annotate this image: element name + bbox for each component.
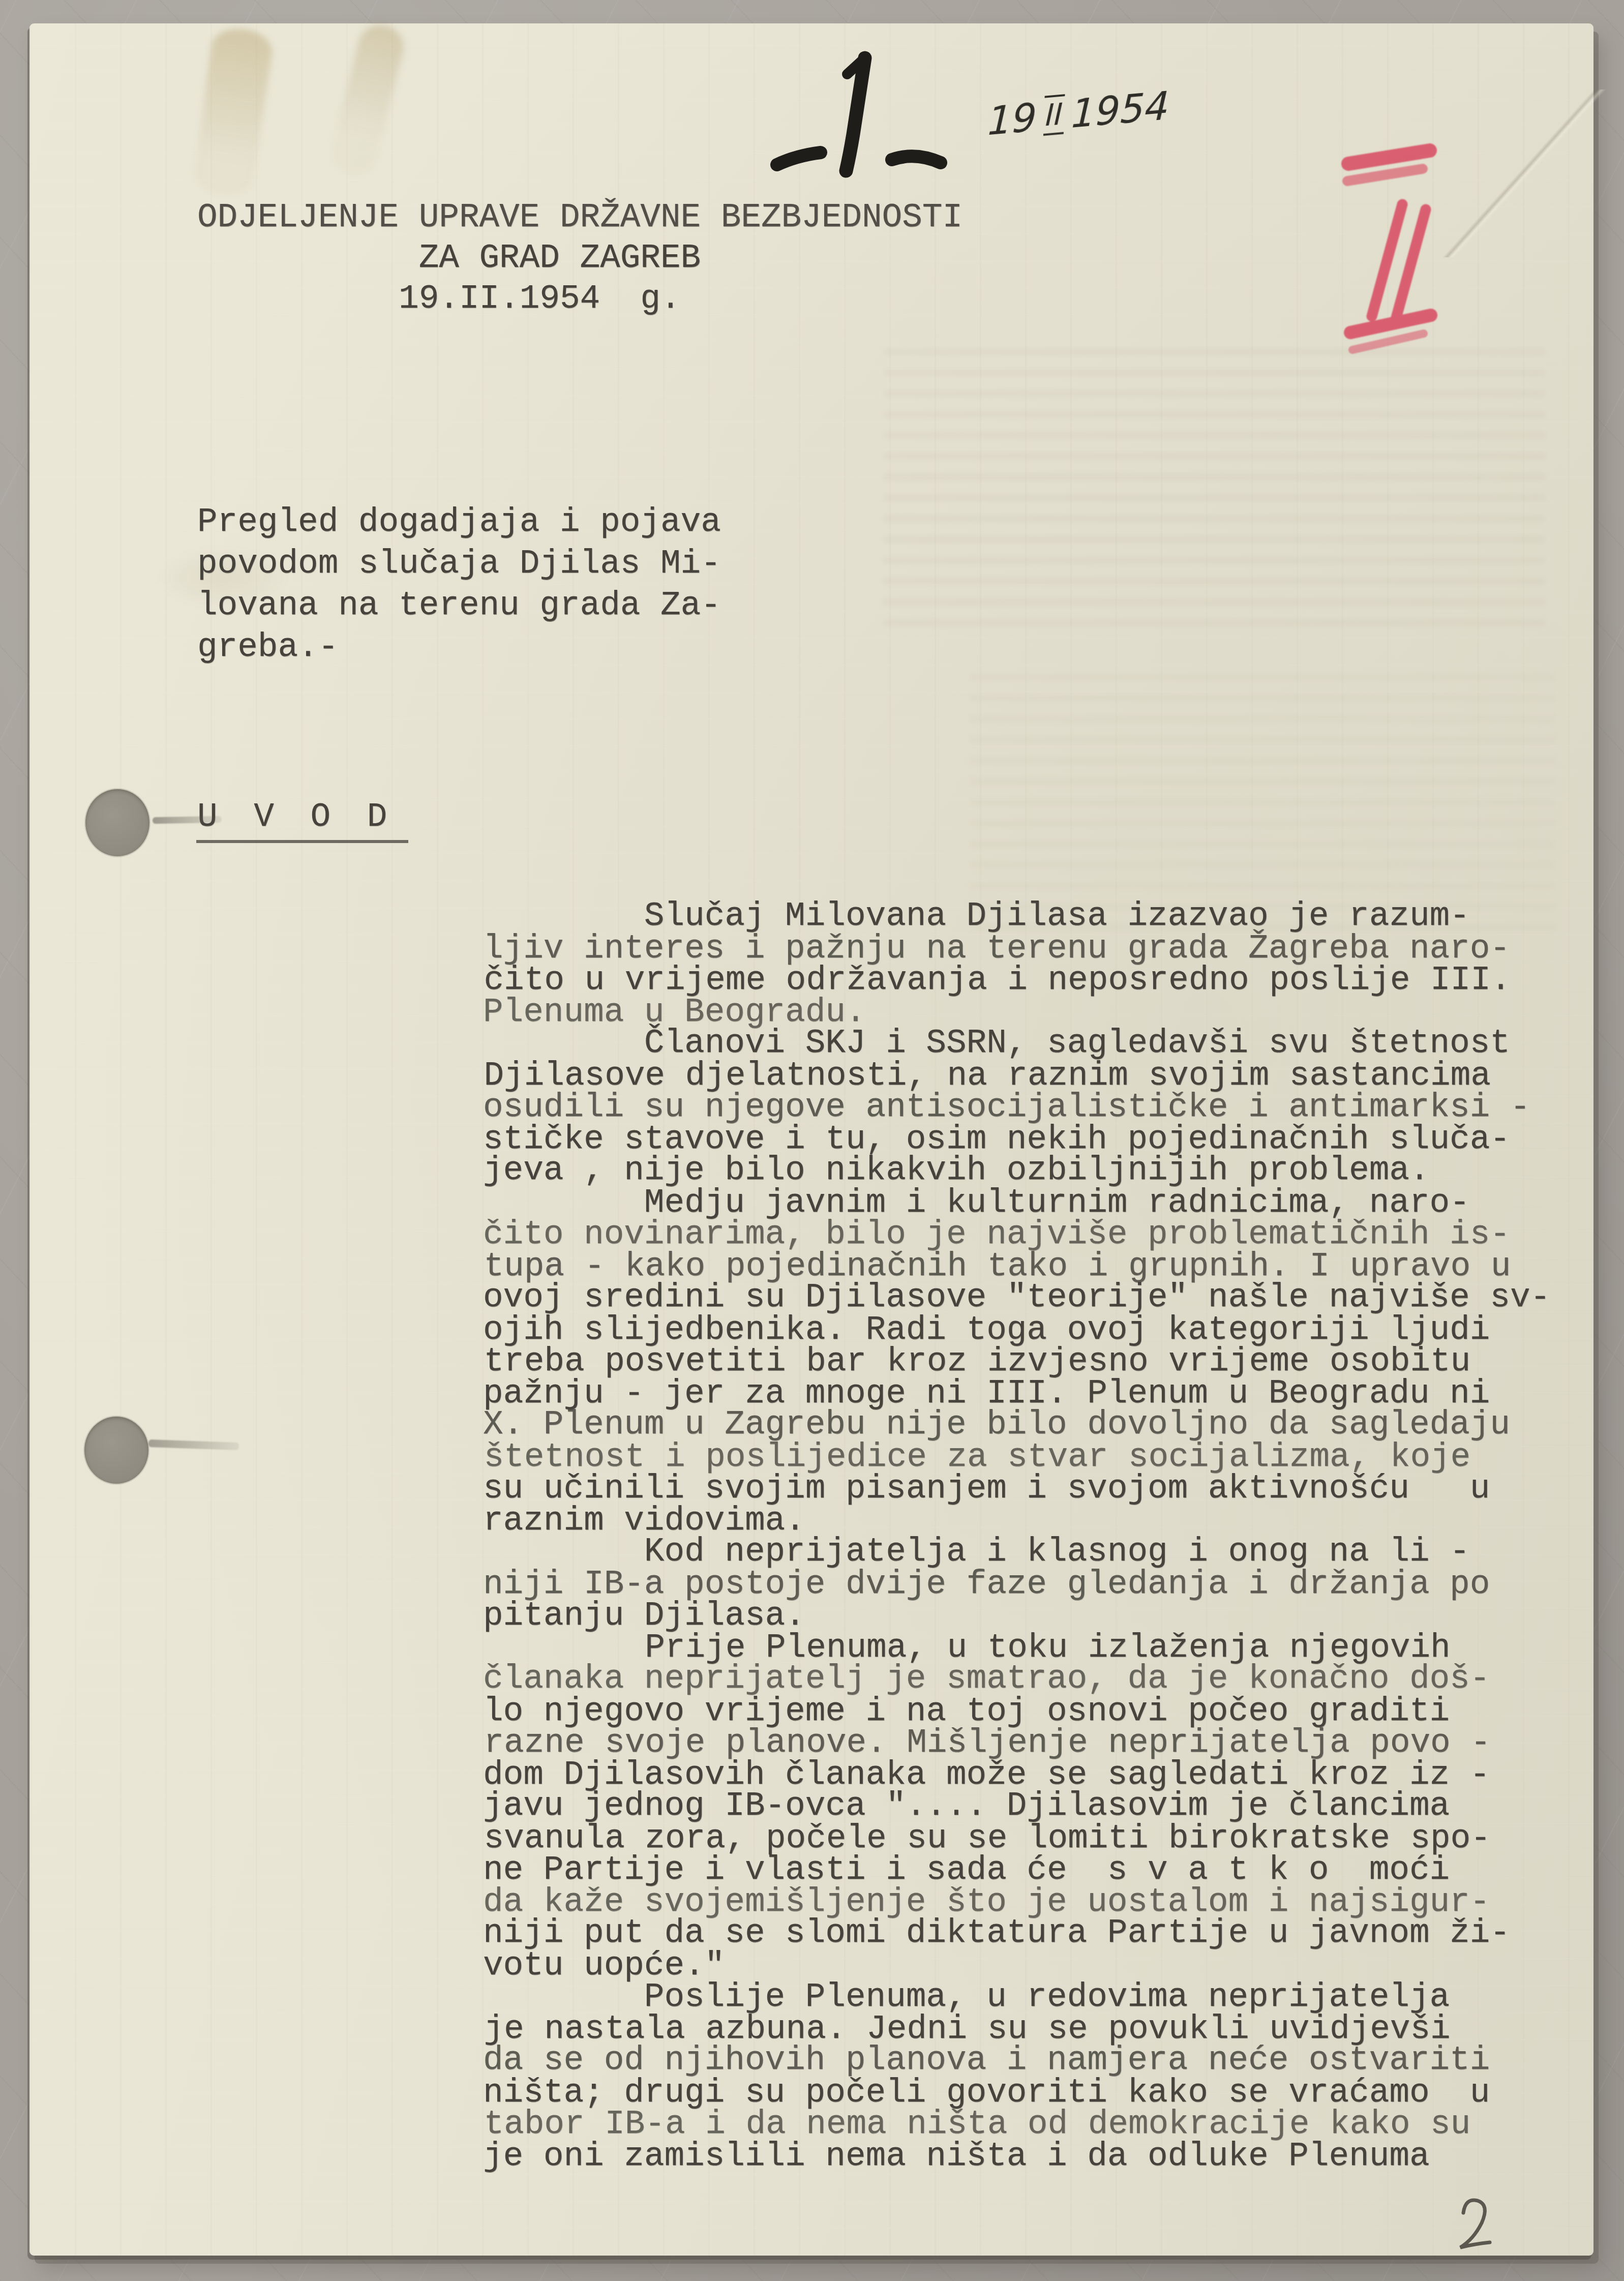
text-line: Poslije Plenuma, u redovima neprijatelja — [483, 1982, 1550, 2014]
text-line: ništa; drugi su počeli govoriti kako se … — [483, 2077, 1550, 2109]
text-line: Članovi SKJ i SSRN, sagledavši svu štetn… — [483, 1028, 1550, 1060]
date-year: 1954 — [1070, 82, 1170, 136]
text-line: je oni zamislili nema ništa i da odluke … — [483, 2141, 1550, 2173]
paper-stain — [191, 25, 275, 199]
pencil-streak — [153, 816, 222, 824]
text-line: Medju javnim i kulturnim radnicima, naro… — [483, 1187, 1550, 1219]
text-line: svanula zora, počele su se lomiti birokr… — [484, 1823, 1551, 1855]
text-line: Djilasove djelatnosti, na raznim svojim … — [484, 1060, 1551, 1092]
text-line: članaka neprijatelj je smatrao, da je ko… — [483, 1663, 1550, 1695]
text-line: pažnju - jer za mnoge ni III. Plenum u B… — [483, 1378, 1550, 1410]
text-line: greba.- — [197, 626, 721, 668]
corner-crease — [1438, 89, 1611, 257]
text-line: dom Djilasovih članaka može se sagledati… — [483, 1759, 1550, 1791]
subject-block: Pregled dogadjaja i pojavapovodom slučaj… — [197, 501, 721, 668]
body-text: Slučaj Milovana Djilasa izazvao je razum… — [483, 901, 1550, 2172]
text-line: tabor IB-a i da nema ništa od demokracij… — [484, 2109, 1551, 2141]
text-line: su učinili svojim pisanjem i svojom akti… — [483, 1473, 1550, 1505]
text-line: Slučaj Milovana Djilasa izazvao je razum… — [483, 901, 1550, 933]
text-line: da kaže svojemišljenje što je uostalom i… — [483, 1886, 1550, 1918]
text-line: ljiv interes i pažnju na terenu grada Ža… — [483, 933, 1550, 965]
section-heading: U V O D — [196, 799, 408, 843]
text-line: pitanju Djilasa. — [483, 1600, 1550, 1632]
text-line: Plenuma u Beogradu. — [483, 997, 1550, 1029]
text-line: tupa - kako pojedinačnih tako i grupnih.… — [484, 1251, 1551, 1283]
text-line: lovana na terenu grada Za- — [197, 585, 721, 626]
text-line: votu uopće." — [483, 1950, 1550, 1982]
hole-punch-top — [85, 789, 149, 856]
text-line: lo njegovo vrijeme i na toj osnovi počeo… — [483, 1696, 1550, 1728]
text-line: Kod neprijatelja i klasnog i onog na li … — [483, 1536, 1550, 1568]
hole-punch-bottom — [84, 1417, 148, 1484]
text-line: jeva , nije bilo nikakvih ozbiljnijih pr… — [483, 1155, 1550, 1187]
text-line: ovoj sredini su Djilasove "teorije" našl… — [483, 1282, 1550, 1314]
text-line: ojih slijedbenika. Radi toga ovoj katego… — [483, 1314, 1550, 1346]
text-line: Pregled dogadjaja i pojava — [197, 501, 721, 543]
date-month-roman: II — [1043, 94, 1065, 136]
scanner-background: ODJELJENJE UPRAVE DRŽAVNE BEZBJEDNOSTI Z… — [0, 0, 1624, 2281]
text-line: čito u vrijeme održavanja i neposredno p… — [484, 965, 1551, 997]
text-line: niji put da se slomi diktatura Partije u… — [483, 1917, 1550, 1949]
text-line: ne Partije i vlasti i sada će s v a t k … — [483, 1854, 1550, 1886]
text-line: X. Plenum u Zagrebu nije bilo dovoljno d… — [483, 1409, 1550, 1441]
text-line: razne svoje planove. Mišljenje neprijate… — [484, 1727, 1551, 1759]
text-line: javu jednog IB-ovca ".... Djilasovim je … — [483, 1790, 1550, 1822]
text-line: 19.II.1954 g. — [197, 279, 963, 319]
text-line: treba posvetiti bar kroz izvjesno vrijem… — [484, 1346, 1551, 1378]
text-line: Prije Plenuma, u toku izlaženja njegovih — [484, 1632, 1551, 1664]
date-day: 19 — [987, 94, 1037, 144]
text-line: niji IB-a postoje dvije faze gledanja i … — [483, 1569, 1550, 1601]
text-line: čito novinarima, bilo je najviše problem… — [483, 1219, 1550, 1251]
letterhead: ODJELJENJE UPRAVE DRŽAVNE BEZBJEDNOSTI Z… — [197, 197, 963, 319]
text-line: raznim vidovima. — [483, 1505, 1550, 1537]
ink-bleedthrough — [884, 349, 1545, 634]
paper-stain — [327, 20, 408, 179]
text-line: je nastala azbuna. Jedni su se povukli u… — [484, 2014, 1551, 2046]
text-line: ODJELJENJE UPRAVE DRŽAVNE BEZBJEDNOSTI — [197, 197, 963, 238]
text-line: osudili su njegove antisocijalističke i … — [483, 1092, 1550, 1124]
text-line: da se od njihovih planova i namjera neće… — [483, 2045, 1550, 2077]
text-line: stičke stavove i tu, osim nekih pojedina… — [483, 1124, 1550, 1156]
text-line: štetnost i poslijedice za stvar socijali… — [484, 1442, 1551, 1474]
text-line: povodom slučaja Djilas Mi- — [197, 543, 721, 585]
text-line: ZA GRAD ZAGREB — [197, 238, 963, 279]
